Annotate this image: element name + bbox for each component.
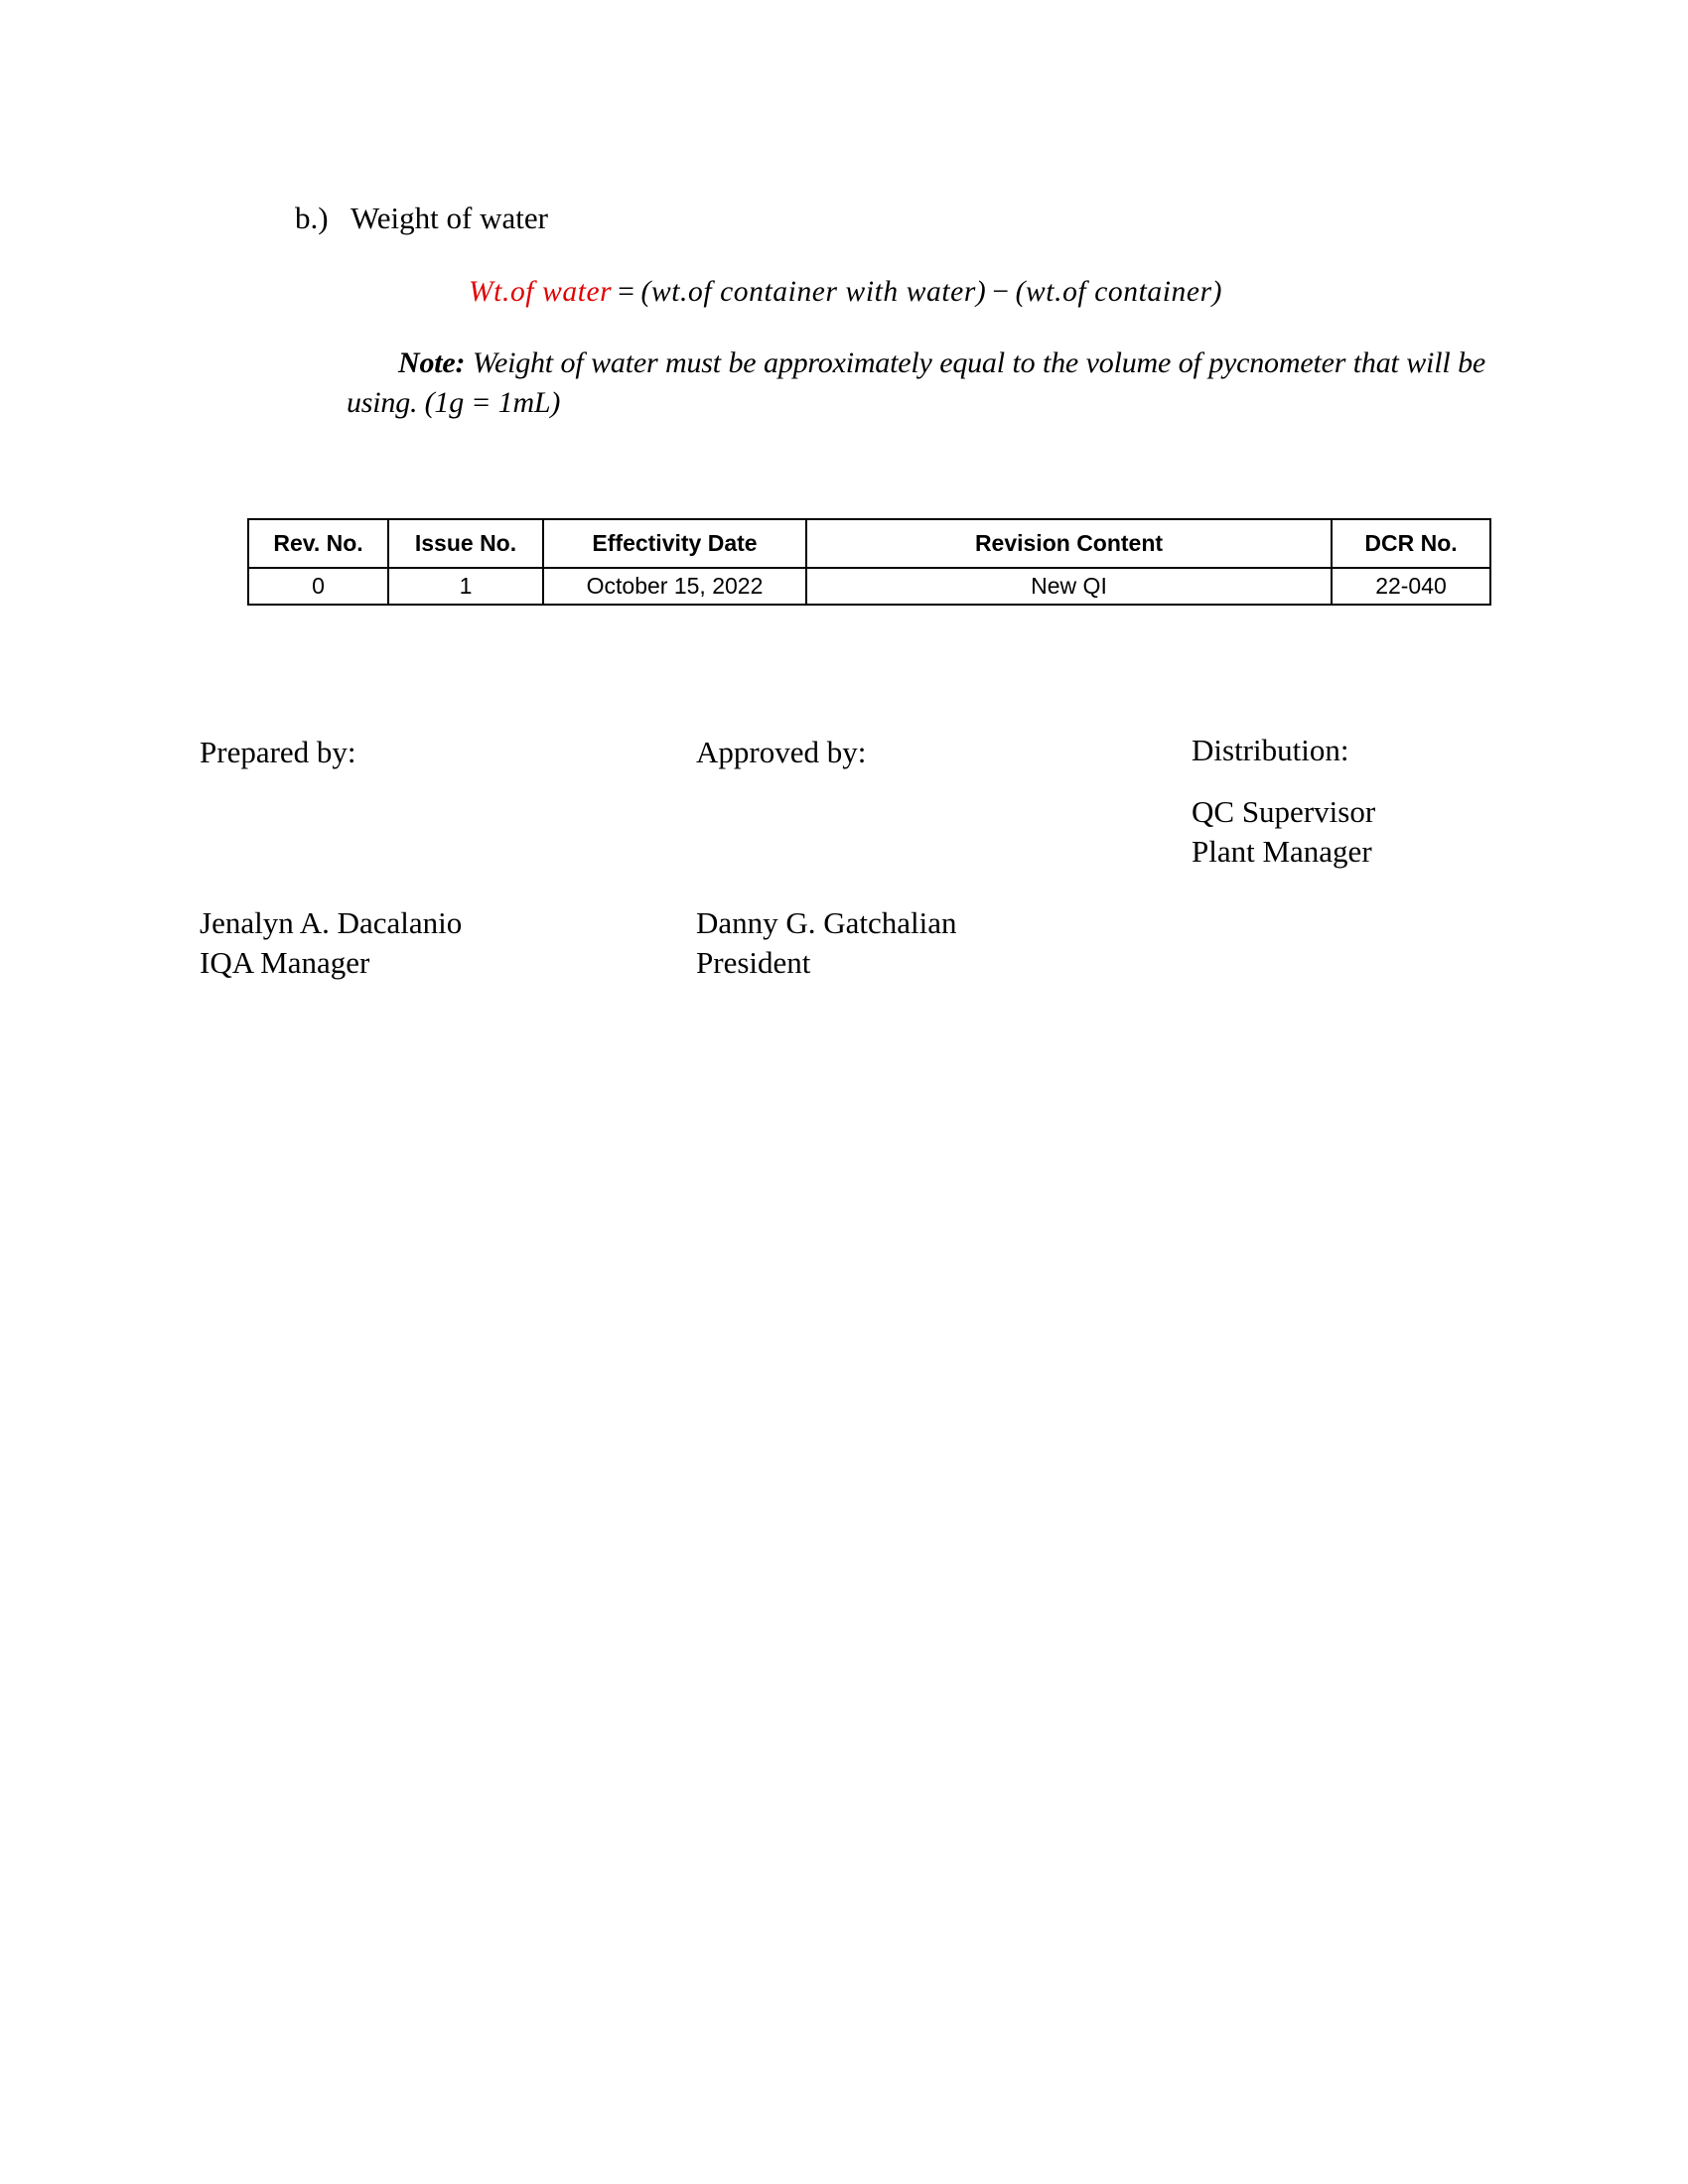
cell-rev-no: 0 — [248, 568, 388, 605]
distribution-recipient: QC Supervisor — [1192, 792, 1375, 832]
note-label: Note: — [398, 346, 465, 379]
cell-revision-content: New QI — [806, 568, 1332, 605]
section-label: b.) — [295, 199, 351, 238]
approved-by-title: President — [696, 943, 957, 983]
header-issue-no: Issue No. — [388, 519, 543, 568]
prepared-by-block: Jenalyn A. Dacalanio IQA Manager — [200, 903, 462, 983]
cell-issue-no: 1 — [388, 568, 543, 605]
weight-of-water-equation: Wt.of water=(wt.of container with water)… — [469, 272, 1364, 312]
approved-by-name: Danny G. Gatchalian — [696, 903, 957, 943]
equation-term-container: (wt.of container) — [1016, 276, 1222, 308]
cell-effectivity-date: October 15, 2022 — [543, 568, 806, 605]
revision-history-table: Rev. No. Issue No. Effectivity Date Revi… — [247, 518, 1491, 606]
prepared-by-label: Prepared by: — [200, 733, 356, 772]
approved-by-block: Danny G. Gatchalian President — [696, 903, 957, 983]
table-header-row: Rev. No. Issue No. Effectivity Date Revi… — [248, 519, 1490, 568]
distribution-list: QC Supervisor Plant Manager — [1192, 792, 1375, 872]
equation-lhs: Wt.of water — [469, 276, 612, 308]
cell-dcr-no: 22-040 — [1332, 568, 1490, 605]
note-paragraph: Note: Weight of water must be approximat… — [347, 343, 1485, 423]
header-rev-no: Rev. No. — [248, 519, 388, 568]
distribution-label: Distribution: — [1192, 731, 1348, 770]
equation-equals: = — [612, 276, 640, 308]
distribution-recipient: Plant Manager — [1192, 832, 1375, 872]
table-row: 0 1 October 15, 2022 New QI 22-040 — [248, 568, 1490, 605]
header-dcr-no: DCR No. — [1332, 519, 1490, 568]
section-heading: b.)Weight of water — [295, 199, 548, 238]
section-title: Weight of water — [351, 201, 548, 235]
header-effectivity-date: Effectivity Date — [543, 519, 806, 568]
equation-minus: − — [986, 276, 1015, 308]
equation-term-container-with-water: (wt.of container with water) — [641, 276, 987, 308]
note-text: Weight of water must be approximately eq… — [347, 346, 1485, 419]
prepared-by-title: IQA Manager — [200, 943, 462, 983]
header-revision-content: Revision Content — [806, 519, 1332, 568]
approved-by-label: Approved by: — [696, 733, 866, 772]
prepared-by-name: Jenalyn A. Dacalanio — [200, 903, 462, 943]
